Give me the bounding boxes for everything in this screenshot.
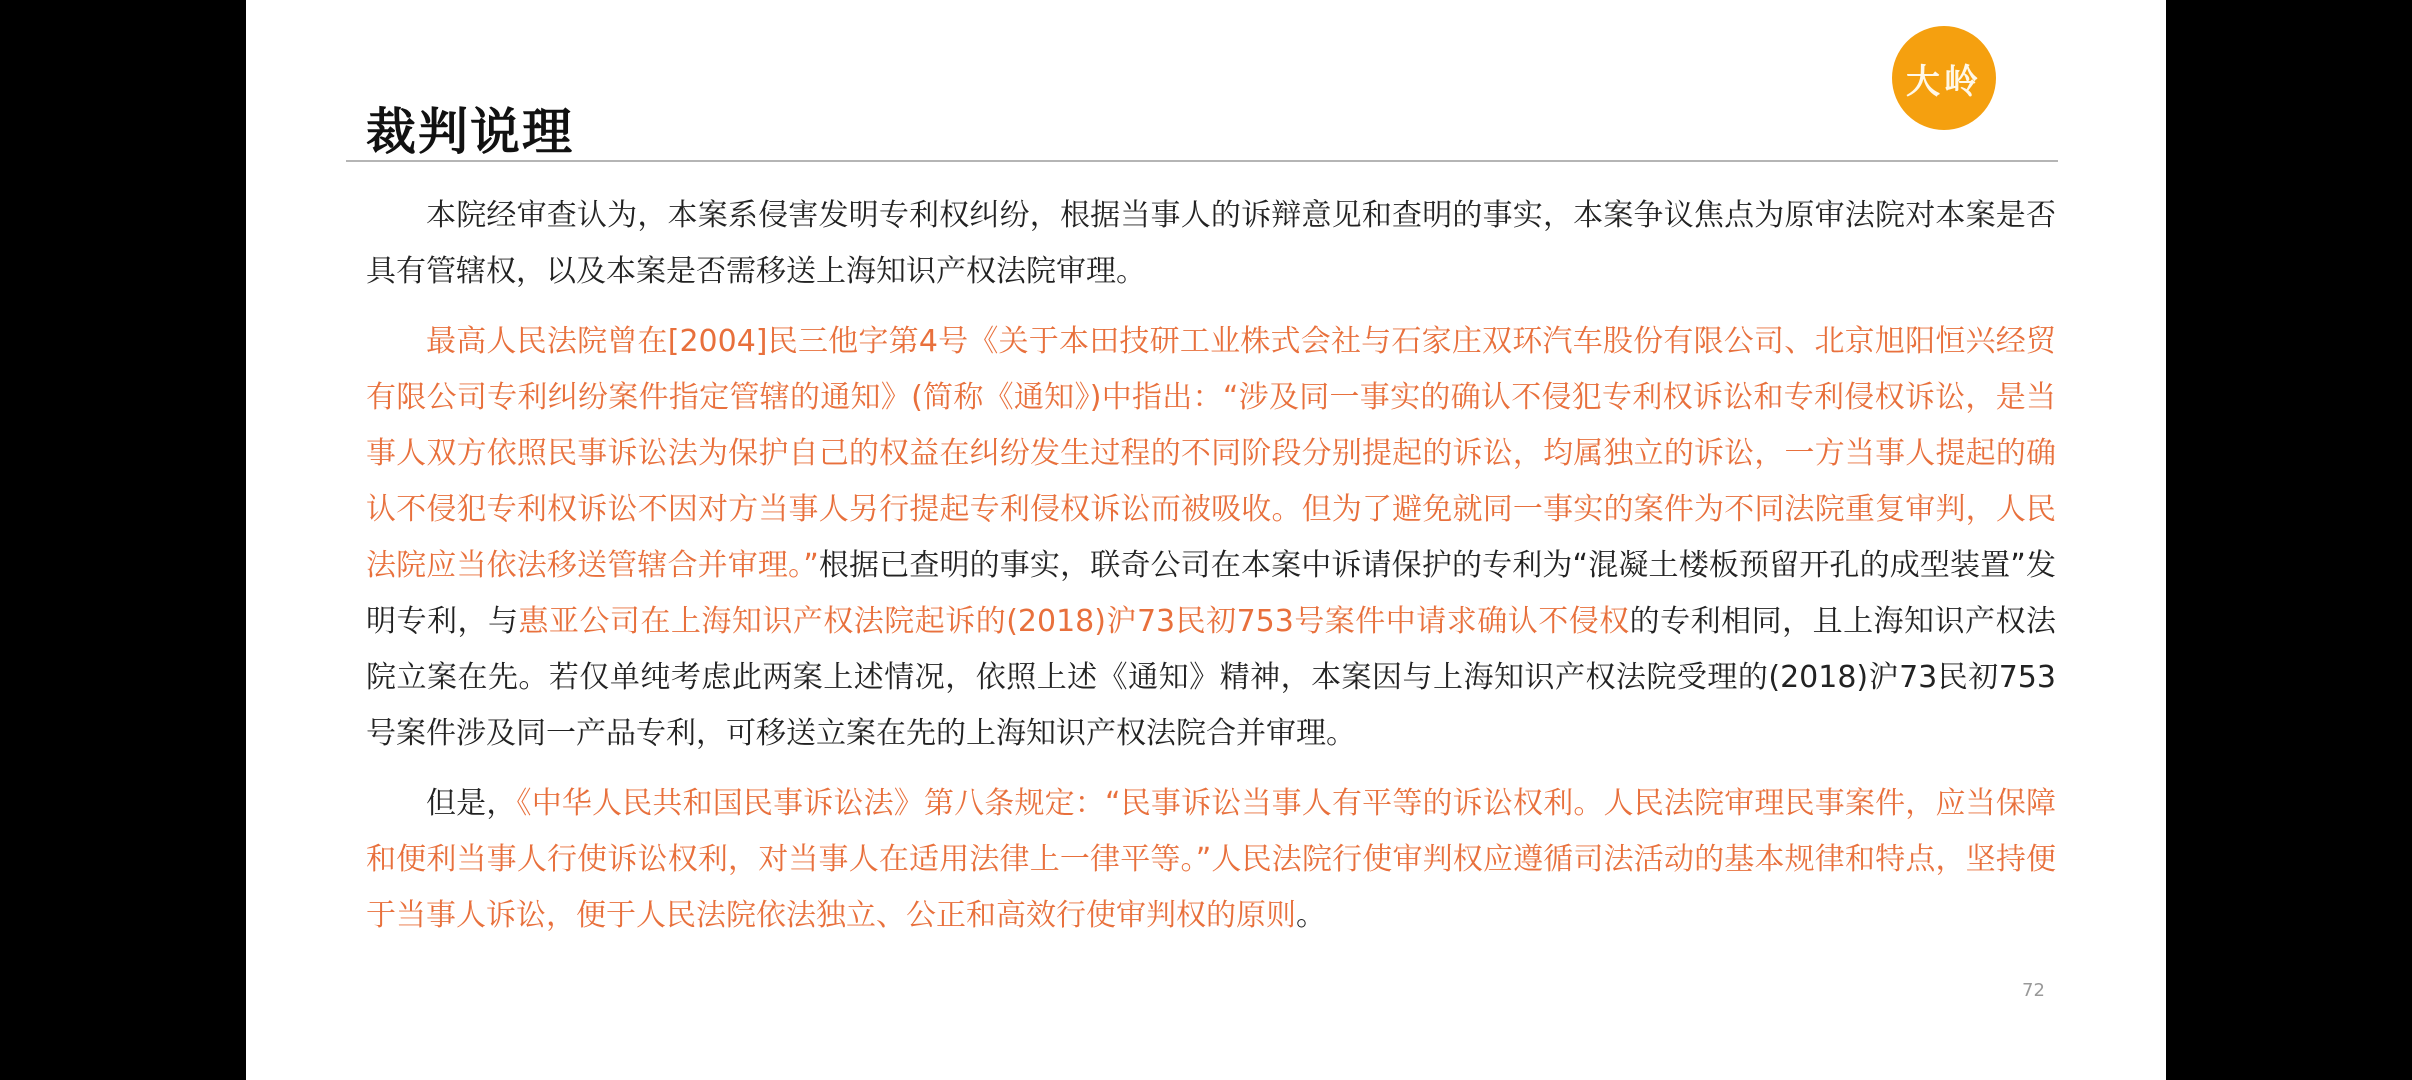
quoted-notice-text: 最高人民法院曾在[2004]民三他字第4号《关于本田技研工业株式会社与石家庄双环… <box>366 324 2056 583</box>
quoted-law-text: 《中华人民共和国民事诉讼法》第八条规定：“民事诉讼当事人有平等的诉讼权利。人民法… <box>366 786 2056 933</box>
paragraph-3: 但是，《中华人民共和国民事诉讼法》第八条规定：“民事诉讼当事人有平等的诉讼权利。… <box>366 776 2056 944</box>
text-segment: 但是， <box>426 786 517 821</box>
slide-title: 裁判说理 <box>366 92 574 164</box>
paragraph-1: 本院经审查认为，本案系侵害发明专利权纠纷，根据当事人的诉辩意见和查明的事实，本案… <box>366 188 2056 300</box>
presentation-slide: 裁判说理 大岭 本院经审查认为，本案系侵害发明专利权纠纷，根据当事人的诉辩意见和… <box>246 0 2166 1080</box>
logo-badge: 大岭 <box>1892 26 1996 130</box>
slide-body: 本院经审查认为，本案系侵害发明专利权纠纷，根据当事人的诉辩意见和查明的事实，本案… <box>366 188 2056 958</box>
paragraph-2: 最高人民法院曾在[2004]民三他字第4号《关于本田技研工业株式会社与石家庄双环… <box>366 314 2056 762</box>
text-segment: 本院经审查认为，本案系侵害发明专利权纠纷，根据当事人的诉辩意见和查明的事实，本案… <box>366 198 2056 289</box>
text-segment: 。 <box>1296 898 1326 933</box>
title-divider <box>346 160 2058 162</box>
page-number: 72 <box>2022 980 2045 1001</box>
highlighted-case-text: 惠亚公司在上海知识产权法院起诉的(2018)沪73民初753号案件中请求确认不侵… <box>518 604 1629 639</box>
